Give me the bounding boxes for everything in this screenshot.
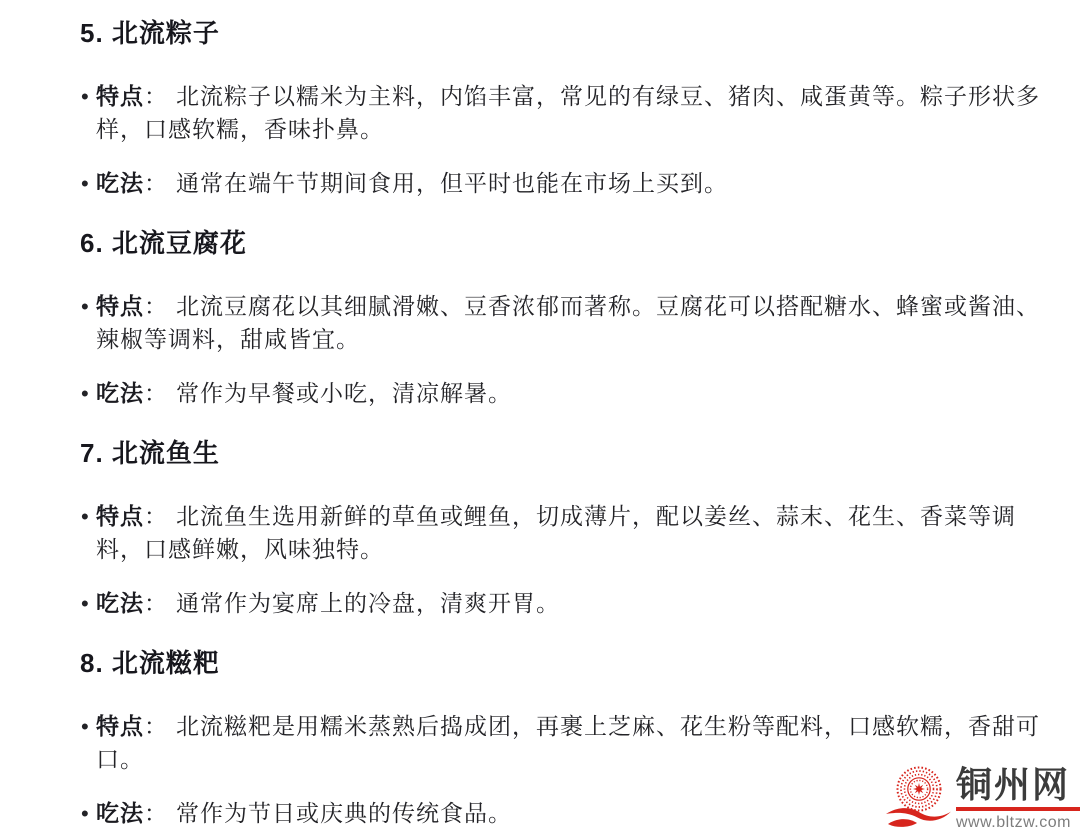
section-heading: 8. 北流糍粑: [80, 646, 1042, 680]
bullet-marker: •: [81, 797, 90, 830]
bullet-colon: ：: [144, 170, 168, 196]
section-heading: 6. 北流豆腐花: [80, 226, 1042, 260]
section-yusheng: 7. 北流鱼生 •特点：北流鱼生选用新鲜的草鱼或鲤鱼，切成薄片，配以姜丝、蒜末、…: [80, 436, 1042, 620]
section-heading: 5. 北流粽子: [80, 16, 1042, 50]
bullet-text: 通常在端午节期间食用，但平时也能在市场上买到。: [176, 170, 728, 196]
list-item: •特点：北流粽子以糯米为主料，内馅丰富，常见的有绿豆、猪肉、咸蛋黄等。粽子形状多…: [80, 80, 1042, 146]
bullet-list: •特点：北流豆腐花以其细腻滑嫩、豆香浓郁而著称。豆腐花可以搭配糖水、蜂蜜或酱油、…: [80, 290, 1042, 410]
bullet-colon: ：: [144, 293, 168, 319]
list-item: •吃法：常作为早餐或小吃，清凉解暑。: [80, 377, 1042, 410]
section-doufuhua: 6. 北流豆腐花 •特点：北流豆腐花以其细腻滑嫩、豆香浓郁而著称。豆腐花可以搭配…: [80, 226, 1042, 410]
bullet-label: 特点: [96, 503, 144, 529]
bullet-marker: •: [81, 80, 90, 113]
bullet-label: 吃法: [96, 590, 144, 616]
watermark-text-block: 铜州网 www.bltzw.com: [956, 765, 1080, 832]
list-item: •特点：北流豆腐花以其细腻滑嫩、豆香浓郁而著称。豆腐花可以搭配糖水、蜂蜜或酱油、…: [80, 290, 1042, 356]
watermark-site-name: 铜州网: [956, 765, 1080, 805]
bullet-text: 北流豆腐花以其细腻滑嫩、豆香浓郁而著称。豆腐花可以搭配糖水、蜂蜜或酱油、辣椒等调…: [96, 293, 1040, 352]
bullet-colon: ：: [144, 713, 168, 739]
list-item: •特点：北流鱼生选用新鲜的草鱼或鲤鱼，切成薄片，配以姜丝、蒜末、花生、香菜等调料…: [80, 500, 1042, 566]
bullet-colon: ：: [144, 503, 168, 529]
bullet-label: 特点: [96, 713, 144, 739]
bullet-marker: •: [81, 587, 90, 620]
bullet-colon: ：: [144, 590, 168, 616]
bullet-label: 特点: [96, 83, 144, 109]
section-heading: 7. 北流鱼生: [80, 436, 1042, 470]
bullet-marker: •: [81, 500, 90, 533]
section-zongzi: 5. 北流粽子 •特点：北流粽子以糯米为主料，内馅丰富，常见的有绿豆、猪肉、咸蛋…: [80, 16, 1042, 200]
bullet-colon: ：: [144, 380, 168, 406]
bullet-marker: •: [81, 290, 90, 323]
bullet-colon: ：: [144, 800, 168, 826]
bullet-label: 特点: [96, 293, 144, 319]
list-item: •吃法：通常在端午节期间食用，但平时也能在市场上买到。: [80, 167, 1042, 200]
bullet-text: 常作为节日或庆典的传统食品。: [176, 800, 512, 826]
bullet-label: 吃法: [96, 170, 144, 196]
bullet-colon: ：: [144, 83, 168, 109]
watermark-divider: [956, 807, 1080, 811]
bullet-label: 吃法: [96, 800, 144, 826]
bullet-marker: •: [81, 710, 90, 743]
seal-emblem-icon: [884, 762, 954, 832]
bullet-marker: •: [81, 377, 90, 410]
bullet-list: •特点：北流鱼生选用新鲜的草鱼或鲤鱼，切成薄片，配以姜丝、蒜末、花生、香菜等调料…: [80, 500, 1042, 620]
watermark-site-url: www.bltzw.com: [956, 814, 1080, 832]
bullet-label: 吃法: [96, 380, 144, 406]
bullet-text: 北流鱼生选用新鲜的草鱼或鲤鱼，切成薄片，配以姜丝、蒜末、花生、香菜等调料，口感鲜…: [96, 503, 1016, 562]
bullet-text: 通常作为宴席上的冷盘，清爽开胃。: [176, 590, 560, 616]
bullet-text: 北流粽子以糯米为主料，内馅丰富，常见的有绿豆、猪肉、咸蛋黄等。粽子形状多样，口感…: [96, 83, 1040, 142]
list-item: •吃法：通常作为宴席上的冷盘，清爽开胃。: [80, 587, 1042, 620]
bullet-list: •特点：北流粽子以糯米为主料，内馅丰富，常见的有绿豆、猪肉、咸蛋黄等。粽子形状多…: [80, 80, 1042, 200]
document-body: 5. 北流粽子 •特点：北流粽子以糯米为主料，内馅丰富，常见的有绿豆、猪肉、咸蛋…: [0, 0, 1080, 830]
bullet-marker: •: [81, 167, 90, 200]
watermark: 铜州网 www.bltzw.com: [884, 762, 1080, 832]
bullet-text: 常作为早餐或小吃，清凉解暑。: [176, 380, 512, 406]
